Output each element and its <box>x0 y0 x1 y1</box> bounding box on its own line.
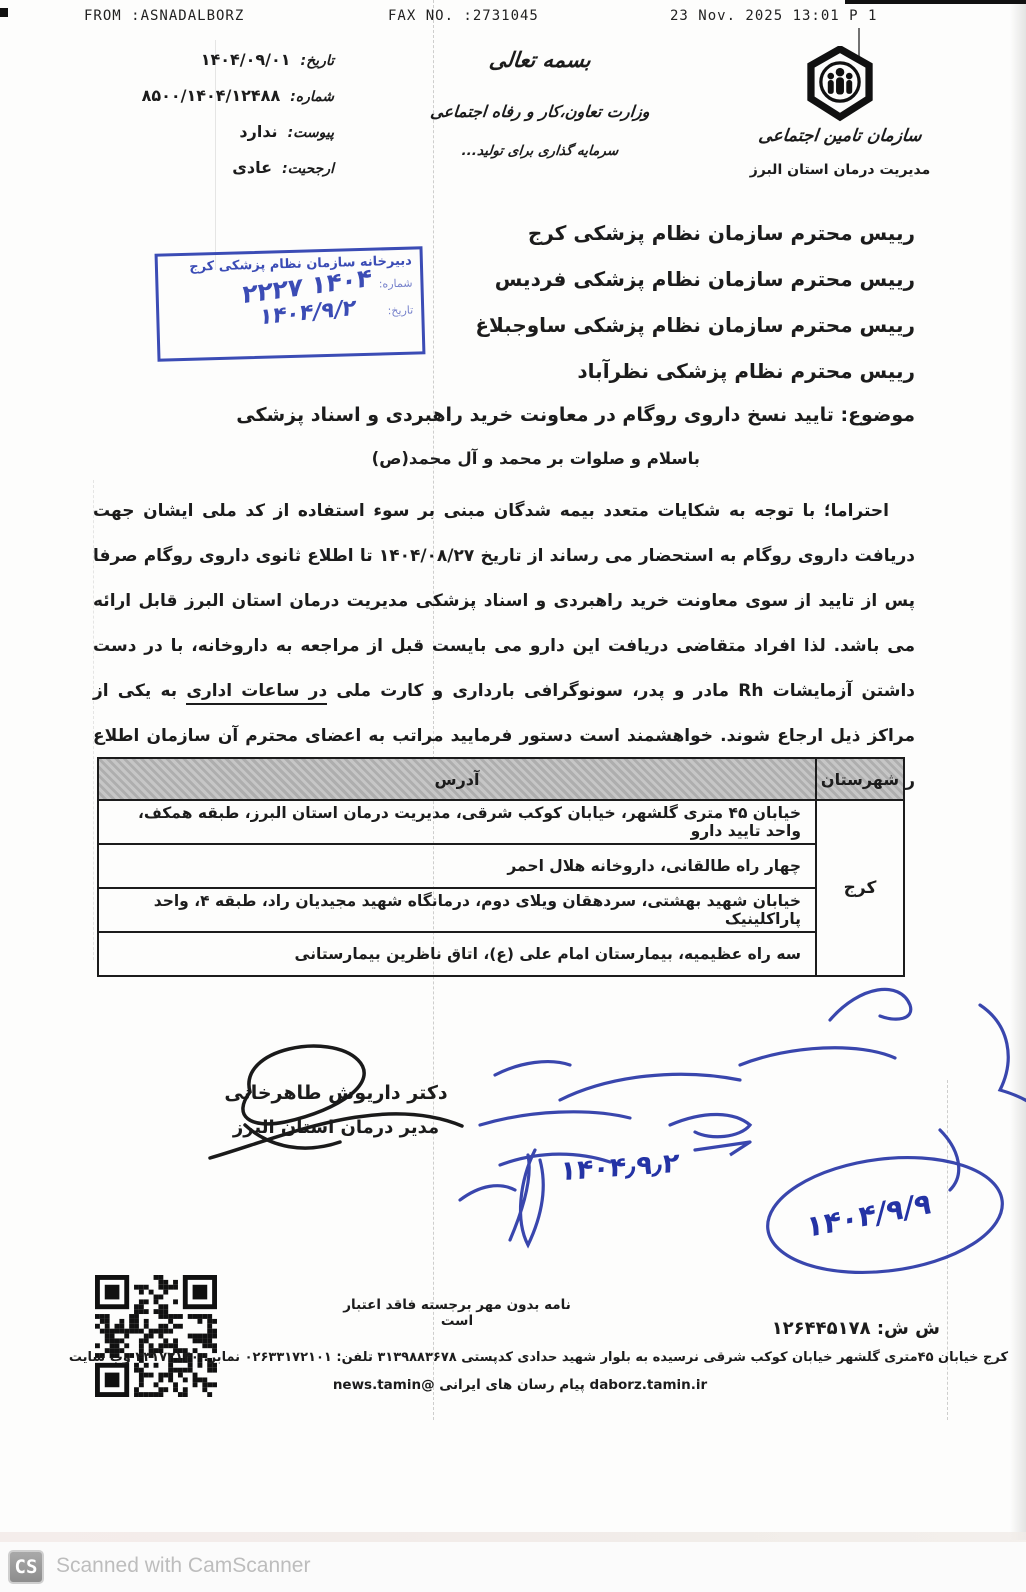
year-slogan: سرمایه گذاری برای تولید... <box>419 143 660 159</box>
organization-name: سازمان تامین اجتماعی <box>699 126 981 146</box>
body-text-underlined: در ساعات اداری <box>186 681 327 705</box>
meta-attachment-label: پیوست: <box>288 125 334 141</box>
scan-top-line <box>845 0 1026 4</box>
fax-datetime: 23 Nov. 2025 13:01 P 1 <box>670 8 877 24</box>
camscanner-bar: CS Scanned with CamScanner <box>0 1542 1026 1592</box>
meta-number-value: ۸۵۰۰/۱۴۰۴/۱۲۴۸۸ <box>142 86 281 105</box>
column-header-address: آدرس <box>98 758 816 800</box>
body-text-before: احتراما؛ با توجه به شکایات متعدد بیمه شد… <box>93 501 915 701</box>
organization-unit: مدیریت درمان استان البرز <box>700 162 980 178</box>
footer-web: daborz.tamin.ir پیام رسان های ایرانی @ne… <box>180 1377 860 1393</box>
letterhead-meta: تاریخ: ۱۴۰۴/۰۹/۰۱ شماره: ۸۵۰۰/۱۴۰۴/۱۲۴۸۸… <box>104 50 334 194</box>
camscanner-label: Scanned with CamScanner <box>56 1554 310 1578</box>
meta-attachment-value: ندارد <box>239 122 277 141</box>
meta-date-value: ۱۴۰۴/۰۹/۰۱ <box>201 50 291 69</box>
handwritten-annotation-scribbles <box>440 950 1026 1290</box>
recipient-fardis: رییس محترم سازمان نظام پزشکی فردیس <box>295 256 915 302</box>
address-table-header-row: شهرستان آدرس <box>98 758 904 800</box>
table-row: خیابان شهید بهشتی، سردهقان ویلای دوم، در… <box>98 888 904 932</box>
meta-priority-label: ارجحیت: <box>282 161 334 177</box>
subject-line: موضوع: تایید نسخ داروی روگام در معاونت خ… <box>85 404 915 426</box>
address-cell-2: چهار راه طالقانی، داروخانه هلال احمر <box>98 844 816 888</box>
address-table: شهرستان آدرس کرج خیابان ۴۵ متری گلشهر، خ… <box>97 757 905 977</box>
column-header-city: شهرستان <box>816 758 904 800</box>
fax-header: FROM :ASNADALBORZ FAX NO. :2731045 23 No… <box>0 8 1026 28</box>
recipient-list: رییس محترم سازمان نظام پزشکی کرج رییس مح… <box>295 210 915 394</box>
meta-number-row: شماره: ۸۵۰۰/۱۴۰۴/۱۲۴۸۸ <box>104 86 334 105</box>
table-row: کرج خیابان ۴۵ متری گلشهر، خیابان کوکب شر… <box>98 800 904 844</box>
meta-priority-row: ارجحیت: عادی <box>104 158 334 177</box>
salutation-line: باسلام و صلوات بر محمد و آل محمد(ص) <box>372 449 700 468</box>
serial-number: ش ش: ۱۲۶۴۴۵۱۷۸ <box>772 1318 940 1339</box>
table-row: چهار راه طالقانی، داروخانه هلال احمر <box>98 844 904 888</box>
validity-notice: نامه بدون مهر برجسته فاقد اعتبار است <box>332 1297 582 1329</box>
footer-address: کرج خیابان ۴۵متری گلشهر خیابان کوکب شرقی… <box>208 1350 1008 1365</box>
meta-priority-value: عادی <box>232 158 272 177</box>
camscanner-logo-icon: CS <box>8 1550 44 1584</box>
social-security-logo-icon <box>807 46 873 122</box>
scan-noise-strip <box>0 1532 1026 1542</box>
fax-from: FROM :ASNADALBORZ <box>84 8 244 24</box>
letterhead-org: سازمان تامین اجتماعی مدیریت درمان استان … <box>700 46 980 178</box>
recipient-nazarabad: رییس محترم نظام پزشکی نظرآباد <box>295 348 915 394</box>
bismillah-text: بسمه تعالی <box>419 48 662 72</box>
scanned-letter-page: FROM :ASNADALBORZ FAX NO. :2731045 23 No… <box>0 0 1026 1592</box>
address-cell-3: خیابان شهید بهشتی، سردهقان ویلای دوم، در… <box>98 888 816 932</box>
recipient-karaj: رییس محترم سازمان نظام پزشکی کرج <box>295 210 915 256</box>
ministry-name: وزارت تعاون،کار و رفاه اجتماعی <box>419 102 661 121</box>
meta-number-label: شماره: <box>290 89 334 105</box>
meta-date-row: تاریخ: ۱۴۰۴/۰۹/۰۱ <box>104 50 334 69</box>
address-cell-1: خیابان ۴۵ متری گلشهر، خیابان کوکب شرقی، … <box>98 800 816 844</box>
scan-edge-shadow <box>1010 0 1026 1540</box>
fax-number: FAX NO. :2731045 <box>388 8 539 24</box>
letterhead-center: بسمه تعالی وزارت تعاون،کار و رفاه اجتماع… <box>420 48 660 159</box>
meta-date-label: تاریخ: <box>301 53 334 69</box>
recipient-savojbolagh: رییس محترم سازمان نظام پزشکی ساوجبلاغ <box>295 302 915 348</box>
meta-attachment-row: پیوست: ندارد <box>104 122 334 141</box>
